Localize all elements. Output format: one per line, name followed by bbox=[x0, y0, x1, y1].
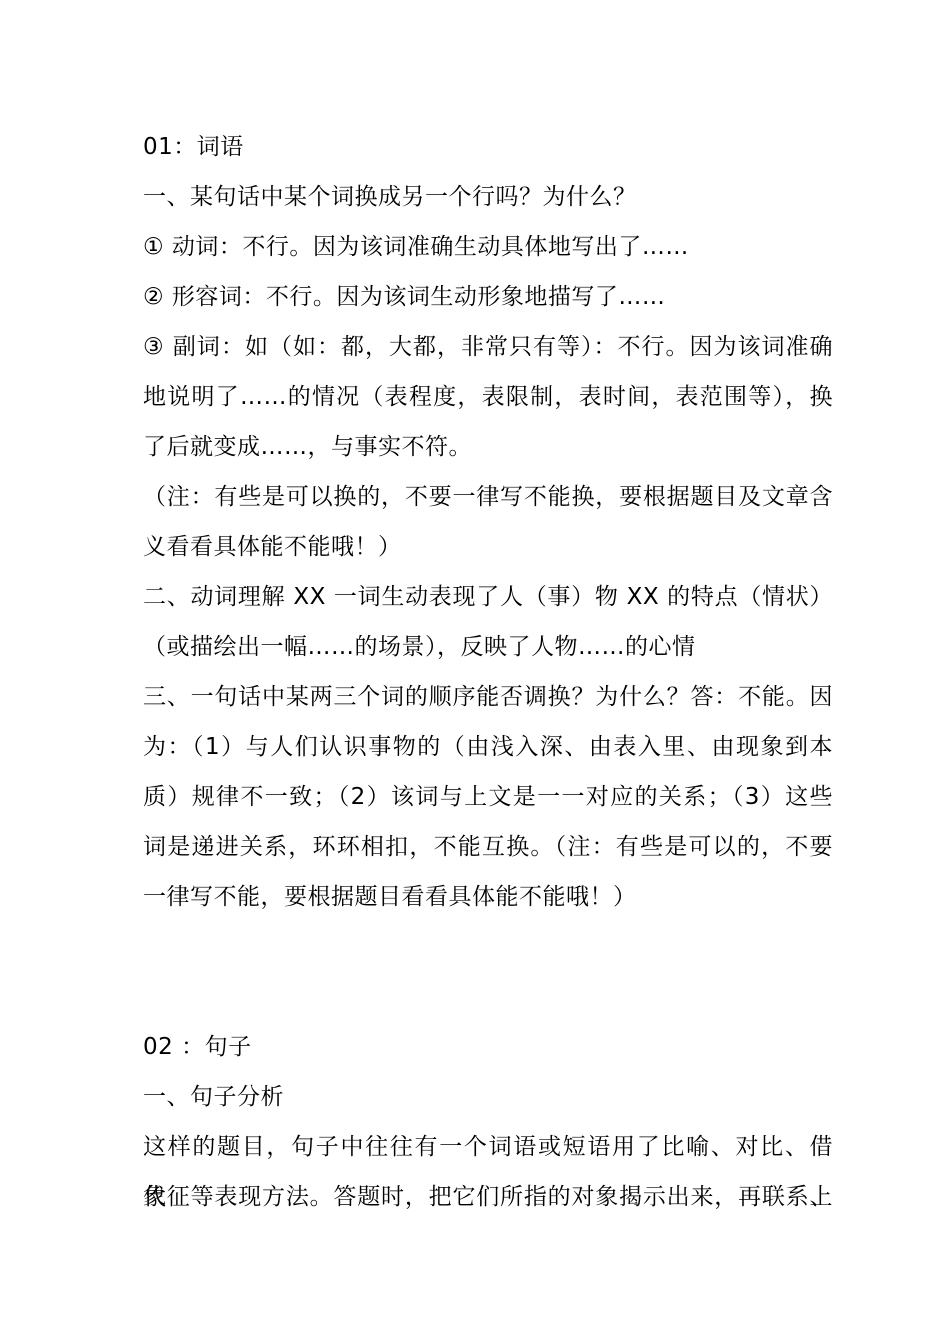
paragraph-line: ③ 副词：如（如：都，大都，非常只有等）：不行。因为该词准确 bbox=[143, 322, 833, 372]
paragraph-line: 这样的题目，句子中往往有一个词语或短语用了比喻、对比、借代、 bbox=[143, 1122, 833, 1172]
paragraph-line: 象征等表现方法。答题时，把它们所指的对象揭示出来，再联系上 bbox=[143, 1172, 833, 1222]
paragraph-line: （或描绘出一幅……的场景），反映了人物……的心情 bbox=[143, 622, 833, 672]
paragraph-line: 义看看具体能不能哦！） bbox=[143, 522, 833, 572]
paragraph-line: 为：（1）与人们认识事物的（由浅入深、由表入里、由现象到本 bbox=[143, 722, 833, 772]
section-words: 01：词语 一、某句话中某个词换成另一个行吗？为什么？ ① 动词：不行。因为该词… bbox=[143, 122, 833, 922]
paragraph-line: 二、动词理解 XX 一词生动表现了人（事）物 XX 的特点（情状） bbox=[143, 572, 833, 622]
paragraph-line: 词是递进关系，环环相扣，不能互换。（注：有些是可以的，不要 bbox=[143, 822, 833, 872]
paragraph-line: 三、一句话中某两三个词的顺序能否调换？为什么？答：不能。因 bbox=[143, 672, 833, 722]
paragraph-line: 质）规律不一致；（2）该词与上文是一一对应的关系；（3）这些 bbox=[143, 772, 833, 822]
paragraph-line: 一律写不能，要根据题目看看具体能不能哦！） bbox=[143, 872, 833, 922]
paragraph-line: 了后就变成……，与事实不符。 bbox=[143, 422, 833, 472]
section-heading: 01：词语 bbox=[143, 122, 833, 172]
paragraph-line: 一、某句话中某个词换成另一个行吗？为什么？ bbox=[143, 172, 833, 222]
paragraph-line: ② 形容词：不行。因为该词生动形象地描写了…… bbox=[143, 272, 833, 322]
paragraph-line: 地说明了……的情况（表程度，表限制，表时间，表范围等），换 bbox=[143, 372, 833, 422]
document-page: 01：词语 一、某句话中某个词换成另一个行吗？为什么？ ① 动词：不行。因为该词… bbox=[0, 0, 950, 1344]
paragraph-line: ① 动词：不行。因为该词准确生动具体地写出了…… bbox=[143, 222, 833, 272]
paragraph-line: 一、句子分析 bbox=[143, 1072, 833, 1122]
paragraph-line: （注：有些是可以换的，不要一律写不能换，要根据题目及文章含 bbox=[143, 472, 833, 522]
section-heading: 02 ：句子 bbox=[143, 1022, 833, 1072]
section-sentences: 02 ：句子 一、句子分析 这样的题目，句子中往往有一个词语或短语用了比喻、对比… bbox=[143, 1022, 833, 1222]
